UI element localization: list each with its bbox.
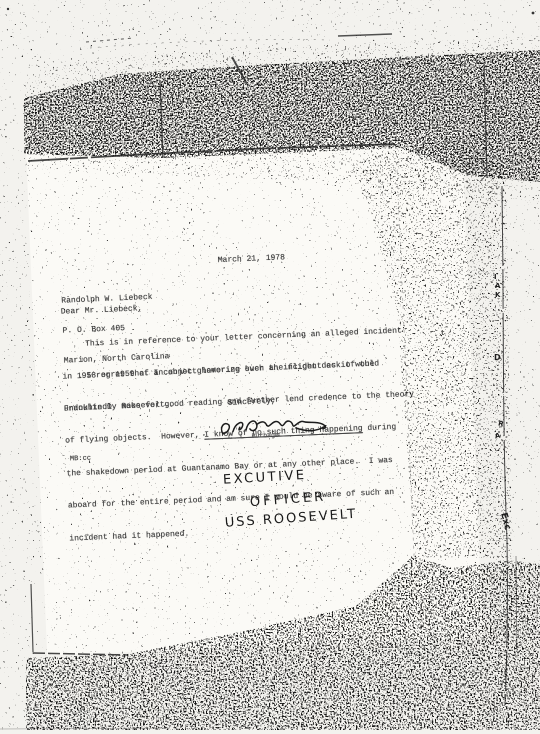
- margin-mark: K: [495, 292, 500, 299]
- date-line: March 21, 1978: [218, 253, 286, 267]
- top-noise-fringe: [24, 36, 540, 98]
- diagonal-scratch: [232, 57, 247, 84]
- page-left-edge-line: [31, 584, 33, 652]
- top-dash-mark: [86, 38, 134, 42]
- paragraph-line: I regret that I cannot glamorize such an…: [62, 358, 413, 383]
- top-dash-mark: [338, 34, 392, 36]
- right-fold-line-short: [516, 556, 517, 652]
- scan-bottom-line: [0, 728, 170, 729]
- right-fold-line-main: [502, 186, 507, 705]
- corner-speck: [532, 12, 535, 15]
- body-paragraph-2: I regret that I cannot glamorize such an…: [61, 336, 420, 566]
- margin-mark: A: [494, 433, 501, 441]
- paragraph-line: aboard for the entire period and am sure…: [68, 487, 419, 512]
- right-fold-line-upper: [484, 62, 487, 178]
- faint-arc-line: [90, 39, 330, 48]
- margin-mark: I: [494, 274, 497, 281]
- paragraph-text: of flying objects. However,: [65, 431, 204, 446]
- corner-speck: [7, 8, 9, 10]
- closing: Sincerely,: [228, 397, 276, 410]
- letter-page: March 21, 1978 Randolph W. Liebeck P. O.…: [26, 132, 483, 656]
- paragraph-text: during: [362, 423, 396, 433]
- margin-mark: D: [494, 354, 501, 361]
- margin-mark: Exc: [499, 512, 510, 531]
- typist-initials: MB:cc: [70, 454, 91, 466]
- scanned-letter-canvas: March 21, 1978 Randolph W. Liebeck P. O.…: [0, 0, 540, 734]
- margin-mark: A: [495, 283, 500, 290]
- margin-mark: R: [497, 420, 504, 428]
